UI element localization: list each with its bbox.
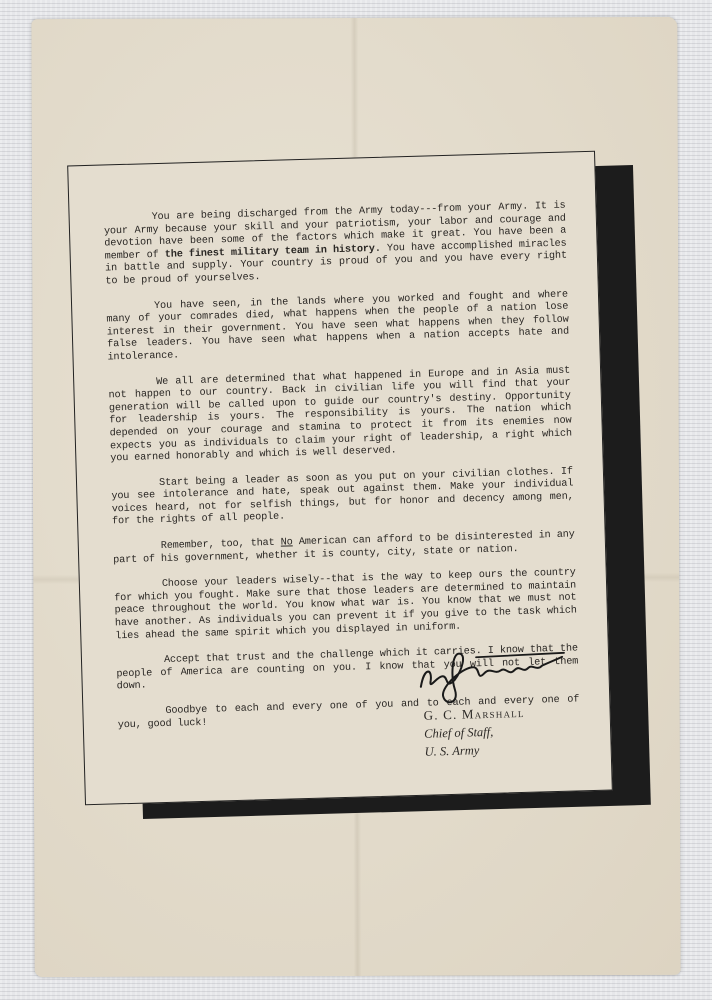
bold-phrase: the finest military team in history. <box>165 244 381 261</box>
paragraph-start-leader: Start being a leader as soon as you put … <box>111 466 574 529</box>
handwritten-signature-icon <box>414 643 576 707</box>
paragraph-choose-leaders: Choose your leaders wisely--that is the … <box>114 568 578 644</box>
paragraph-discharge: You are being discharged from the Army t… <box>104 201 568 289</box>
paragraph-lands-seen: You have seen, in the lands where you wo… <box>106 289 570 365</box>
paragraph-remember: Remember, too, that No American can affo… <box>113 530 576 568</box>
paragraph-determined: We all are determined that what happened… <box>108 365 572 466</box>
signatory-organization: U. S. Army <box>424 738 586 761</box>
letter-frame: You are being discharged from the Army t… <box>67 151 613 805</box>
signature-block: G. C. Marshall Chief of Staff, U. S. Arm… <box>414 642 587 761</box>
remember-underlined-no: No <box>281 537 293 548</box>
